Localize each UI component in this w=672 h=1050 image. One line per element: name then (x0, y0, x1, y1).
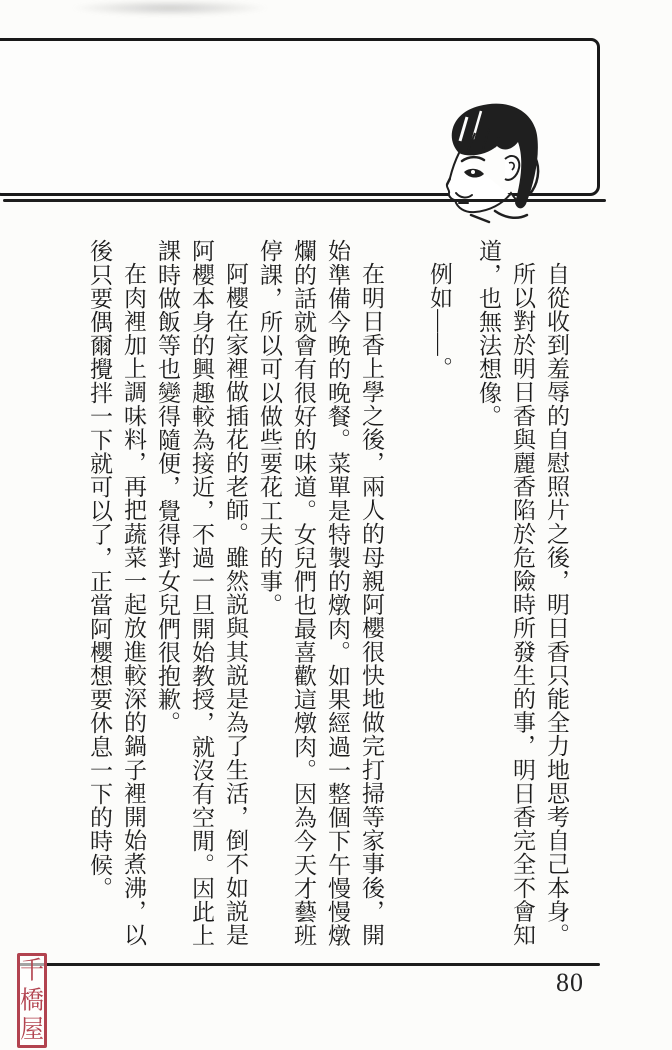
seal-char: 屋 (20, 1017, 44, 1042)
page-number: 80 (556, 968, 602, 998)
scan-artifact (70, 0, 270, 16)
seal-char: 千 (20, 958, 44, 983)
paragraph: 所以對於明日香與麗香陷於危險時所發生的事，明日香完全不會知道，也無法想像。 (471, 239, 539, 951)
paragraph: 例如——。 (422, 239, 456, 951)
publisher-seal: 千 橋 屋 (17, 953, 47, 1048)
novel-text-block: 自從收到羞辱的自慰照片之後，明日香只能全力地思考自己本身。 所以對於明日香與麗香… (81, 239, 573, 951)
footer-rule (18, 963, 600, 966)
paragraph: 在肉裡加上調味料，再把蔬菜一起放進較深的鍋子裡開始煮沸，以後只要偶爾攪拌一下就可… (82, 239, 150, 951)
manga-face-illustration (429, 97, 557, 237)
paragraph: 自從收到羞辱的自慰照片之後，明日香只能全力地思考自己本身。 (539, 239, 573, 951)
paragraph: 在明日香上學之後，兩人的母親阿櫻很快地做完打掃等家事後，開始準備今晚的晚餐。菜單… (252, 239, 388, 951)
paragraph: 阿櫻在家裡做插花的老師。雖然説與其説是為了生活，倒不如説是阿櫻本身的興趣較為接近… (150, 239, 252, 951)
seal-char: 橋 (20, 988, 44, 1013)
header-illustration-frame (0, 38, 600, 196)
